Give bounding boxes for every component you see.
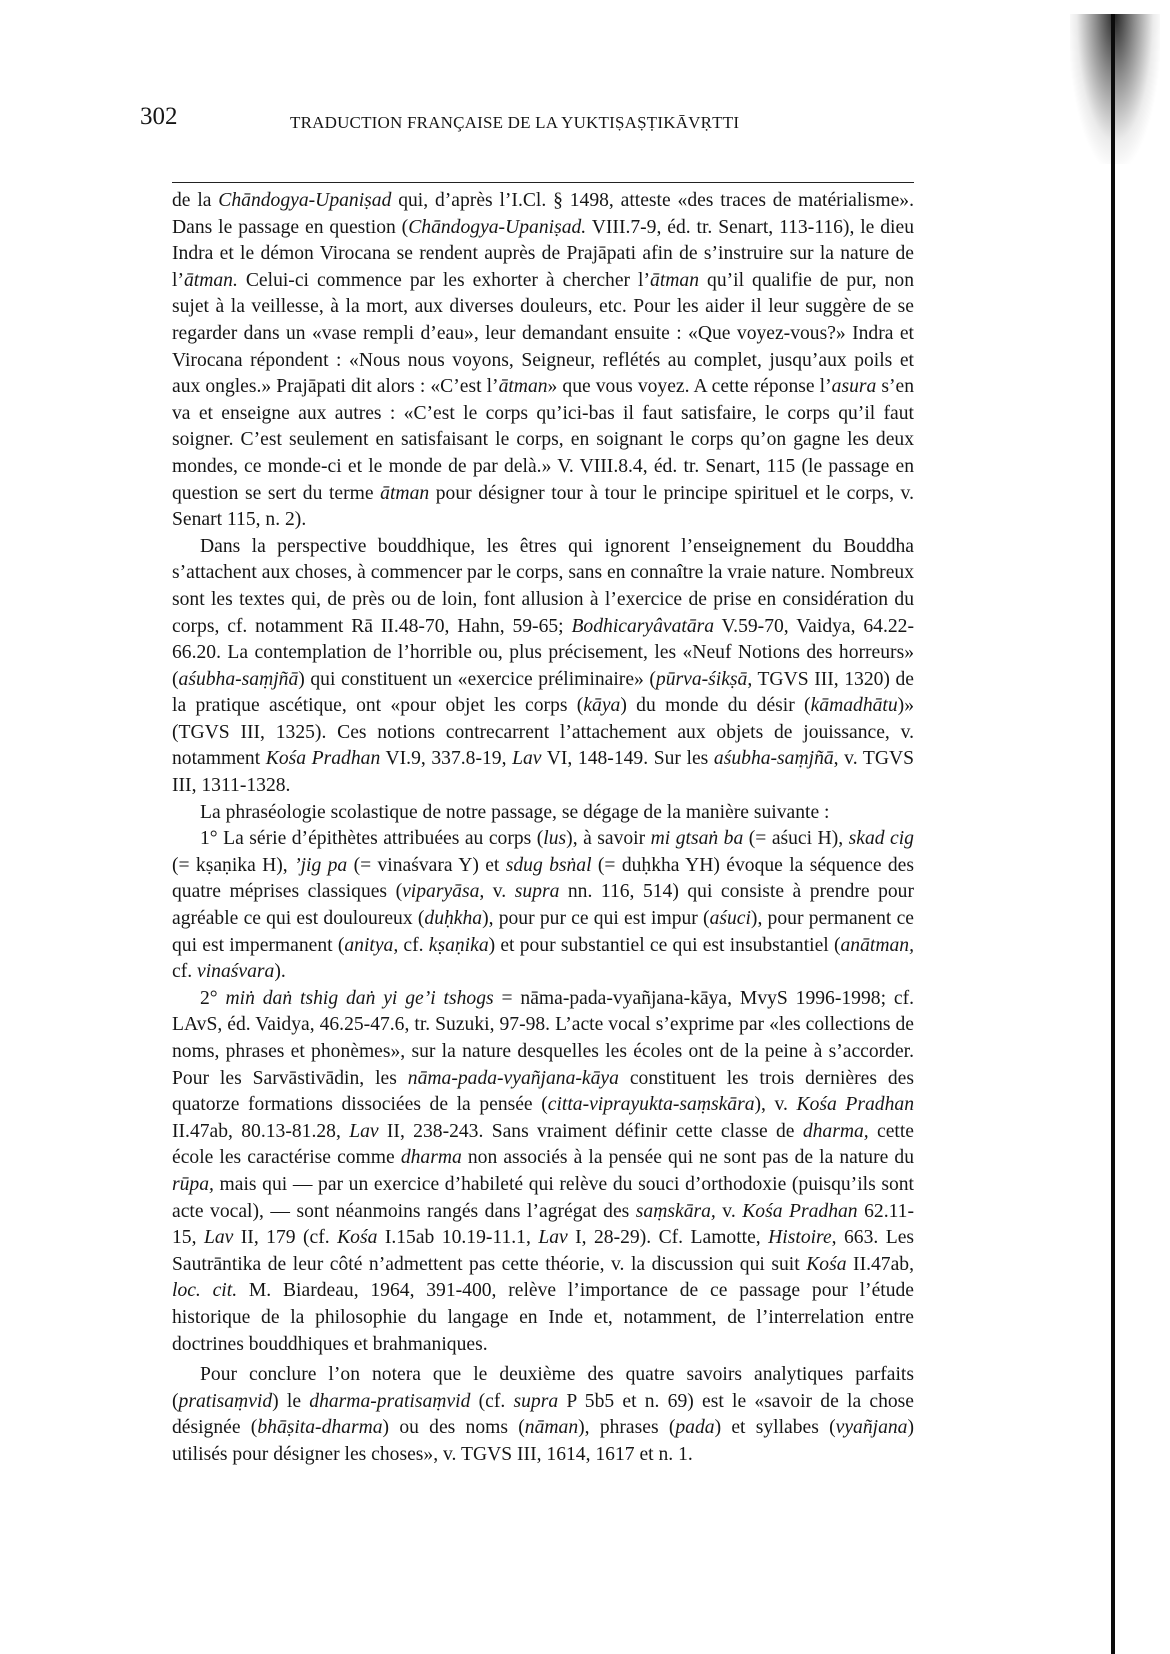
italic-term: ātman. (184, 270, 238, 291)
italic-term: Kośa (337, 1227, 377, 1248)
text-run: ), phrases ( (578, 1417, 675, 1438)
italic-term: viparyāsa, (402, 881, 484, 902)
italic-term: supra (515, 881, 560, 902)
italic-term: nāma-pada-vyañjana-kāya (408, 1068, 619, 1089)
italic-term: kṣaṇika (429, 935, 489, 956)
text-run: M. Biardeau, 1964, 391-400, relève l’imp… (172, 1280, 914, 1354)
italic-term: supra (514, 1391, 559, 1412)
italic-term: Chāndogya-Upaniṣad. (408, 217, 586, 238)
italic-term: ātman (650, 270, 699, 291)
italic-term: pratisaṃvid (179, 1391, 273, 1412)
italic-term: lus (543, 828, 566, 849)
body-text: de la Chāndogya-Upaniṣad qui, d’après l’… (172, 188, 914, 1469)
text-run: 1° La série d’épithètes attribuées au co… (200, 828, 543, 849)
text-run: non associés à la pensée qui ne sont pas… (462, 1147, 914, 1168)
italic-term: pada (675, 1417, 714, 1438)
italic-term: Kośa Pradhan (266, 748, 380, 769)
italic-term: aśubha-saṃjñā (714, 748, 834, 769)
text-run: II.47ab, (847, 1254, 914, 1275)
italic-term: Lav (512, 748, 541, 769)
italic-term: Lav (538, 1227, 567, 1248)
italic-term: dharma, (803, 1121, 869, 1142)
italic-term: pūrva-śikṣā (656, 669, 747, 690)
text-run: de la (172, 190, 218, 211)
text-run: ). (274, 961, 285, 982)
text-run: cf. (398, 935, 429, 956)
text-run: » que vous voyez. A cette réponse l’ (548, 376, 832, 397)
text-run: ) ou des noms ( (383, 1417, 525, 1438)
text-run: 2° (200, 988, 226, 1009)
italic-term: Chāndogya-Upaniṣad (218, 190, 391, 211)
text-run: II, 238-243. Sans vraiment définir cette… (379, 1121, 803, 1142)
header-rule (172, 182, 914, 183)
italic-term: anātman, (841, 935, 914, 956)
text-run: II, 179 (cf. (233, 1227, 337, 1248)
italic-term: Histoire (768, 1227, 832, 1248)
scan-binding-shadow (1070, 14, 1160, 164)
italic-term: anitya, (344, 935, 398, 956)
italic-term: aśuci (710, 908, 751, 929)
text-run: VI.9, 337.8-19, (380, 748, 512, 769)
italic-term: ātman (380, 483, 429, 504)
italic-term: sdug bsṅal (506, 855, 592, 876)
italic-term: vyañjana (836, 1417, 908, 1438)
text-run: Celui-ci commence par les exhorter à che… (238, 270, 650, 291)
text-run: ) qui constituent un «exercice prélimina… (298, 669, 656, 690)
italic-term: Lav (204, 1227, 233, 1248)
paragraph: de la Chāndogya-Upaniṣad qui, d’après l’… (172, 188, 914, 534)
paragraph: 1° La série d’épithètes attribuées au co… (172, 826, 914, 986)
italic-term: skad cig (849, 828, 914, 849)
italic-term: nāman (525, 1417, 578, 1438)
italic-term: mi gtsaṅ ba (651, 828, 744, 849)
running-title: TRADUCTION FRANÇAISE DE LA YUKTIṢAṢṬIKĀV… (290, 113, 739, 133)
italic-term: kāya (583, 695, 620, 716)
italic-term: asura (832, 376, 877, 397)
italic-term: rūpa, (172, 1174, 214, 1195)
italic-term: ātman (499, 376, 548, 397)
scan-binding-edge (1111, 14, 1115, 1654)
italic-term: dharma (401, 1147, 462, 1168)
italic-term: Kośa Pradhan (742, 1201, 857, 1222)
text-run: ), pour pur ce qui est impur ( (482, 908, 709, 929)
text-run: (cf. (470, 1391, 513, 1412)
text-run: ) le (272, 1391, 309, 1412)
italic-term: saṃskāra, (636, 1201, 716, 1222)
text-run: v. (484, 881, 514, 902)
italic-term: Kośa (806, 1254, 846, 1275)
text-run: I.15ab 10.19-11.1, (377, 1227, 538, 1248)
text-run: v. (716, 1201, 742, 1222)
text-run: ) et syllabes ( (715, 1417, 836, 1438)
text-run: (= kṣaṇika H), (172, 855, 294, 876)
italic-term: duḥkha (424, 908, 482, 929)
italic-term: kāmadhātu (811, 695, 898, 716)
text-run: ) et pour substantiel ce qui est insubst… (489, 935, 841, 956)
italic-term: vinaśvara (197, 961, 274, 982)
paragraph: 2° miṅ daṅ tshig daṅ yi ge’i tshogs = nā… (172, 986, 914, 1358)
text-run: (= vinaśvara Y) et (347, 855, 506, 876)
italic-term: Lav (349, 1121, 378, 1142)
text-run: VI, 148-149. Sur les (541, 748, 713, 769)
text-run: La phraséologie scolastique de notre pas… (200, 802, 829, 823)
text-run: ), à savoir (566, 828, 650, 849)
text-run: II.47ab, 80.13-81.28, (172, 1121, 349, 1142)
text-run: ) du monde du désir ( (620, 695, 810, 716)
italic-term: loc. cit. (172, 1280, 237, 1301)
italic-term: aśubha-saṃjñā (179, 669, 299, 690)
text-run: ), v. (755, 1094, 797, 1115)
italic-term: bhāṣita-dharma (257, 1417, 382, 1438)
italic-term: ’jig pa (294, 855, 347, 876)
paragraph: Pour conclure l’on notera que le deuxièm… (172, 1362, 914, 1468)
italic-term: Bodhicaryâvatāra (571, 616, 714, 637)
page-number: 302 (140, 103, 178, 131)
paragraph: La phraséologie scolastique de notre pas… (172, 800, 914, 827)
text-run: I, 28-29). Cf. Lamotte, (568, 1227, 768, 1248)
text-run: (= aśuci H), (743, 828, 848, 849)
text-run: cf. (172, 961, 197, 982)
italic-term: dharma-pratisaṃvid (309, 1391, 470, 1412)
italic-term: citta-viprayukta-saṃskāra (548, 1094, 755, 1115)
paragraph: Dans la perspective bouddhique, les être… (172, 534, 914, 800)
italic-term: Kośa Pradhan (797, 1094, 914, 1115)
italic-term: miṅ daṅ tshig daṅ yi ge’i tshogs (226, 988, 494, 1009)
